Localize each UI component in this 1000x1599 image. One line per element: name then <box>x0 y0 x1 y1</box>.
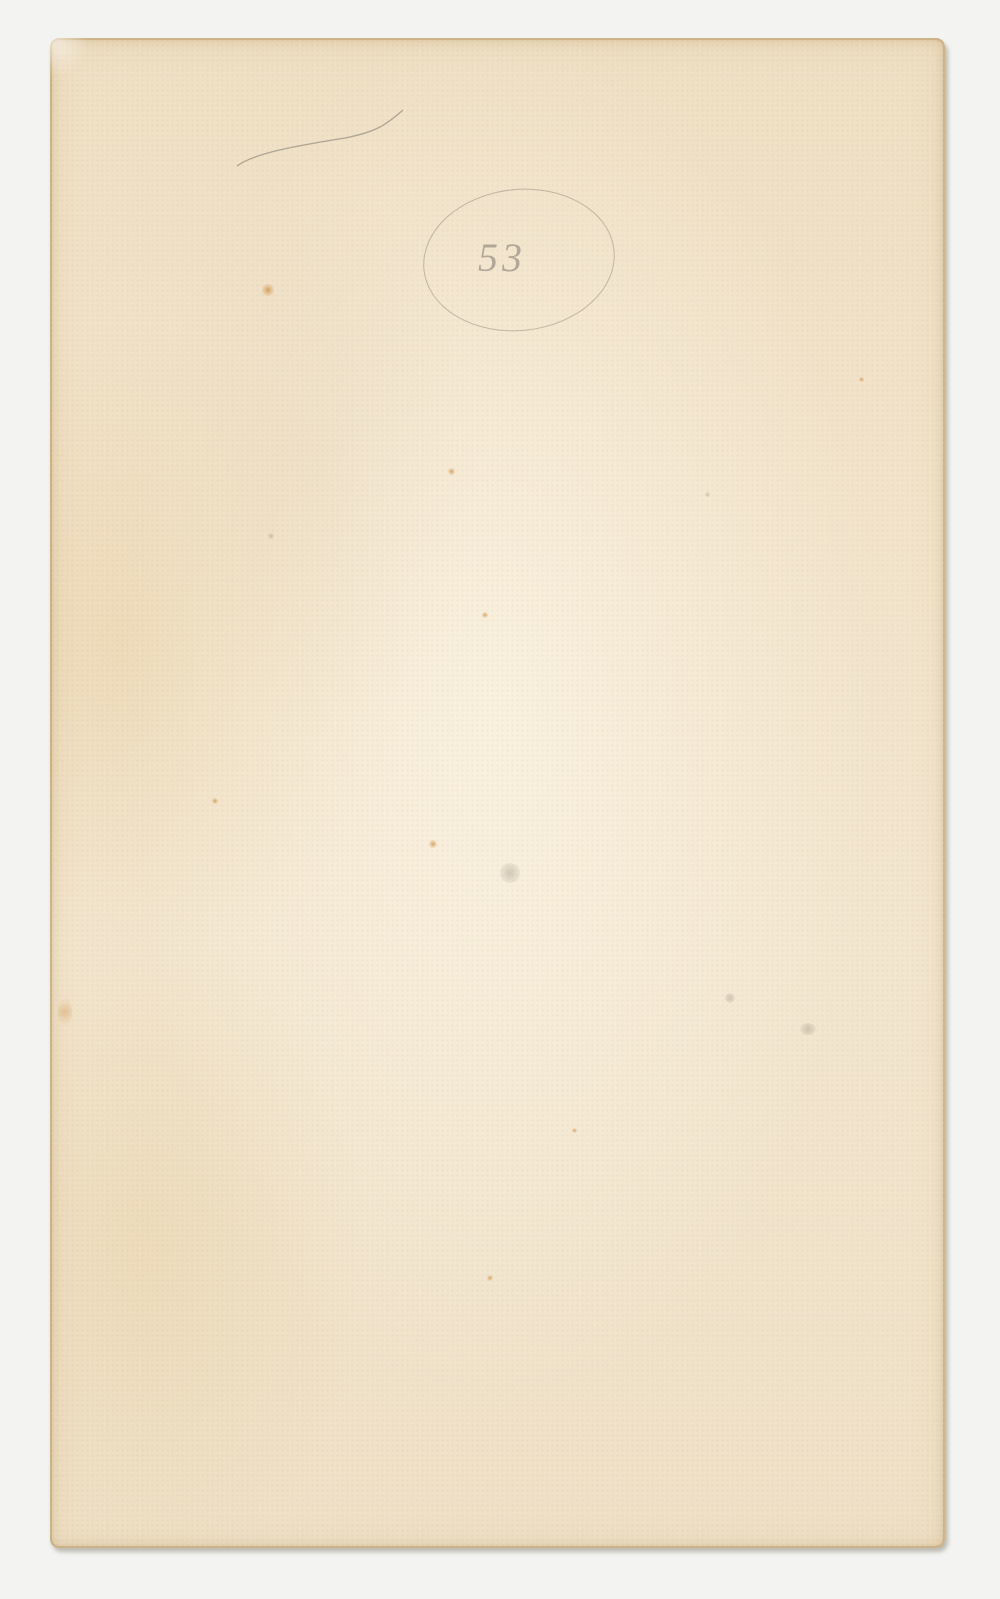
foxing-spot <box>262 284 274 296</box>
gray-smudge <box>268 533 274 539</box>
pencil-mark: 53 <box>478 234 526 281</box>
gray-smudge <box>705 492 710 497</box>
gray-smudge <box>500 863 520 883</box>
corner-wear <box>50 38 90 78</box>
foxing-spot <box>212 798 218 804</box>
gray-smudge <box>800 1023 816 1035</box>
foxing-spot <box>482 612 488 618</box>
antique-card-back: 53 <box>50 38 945 1548</box>
pencil-line <box>235 108 410 168</box>
gray-smudge <box>725 993 735 1003</box>
foxing-spot <box>572 1128 577 1133</box>
foxing-spot <box>448 468 455 475</box>
foxing-spot <box>58 998 72 1026</box>
foxing-spot <box>859 377 864 382</box>
foxing-spot <box>487 1275 493 1281</box>
foxing-spot <box>429 840 437 848</box>
